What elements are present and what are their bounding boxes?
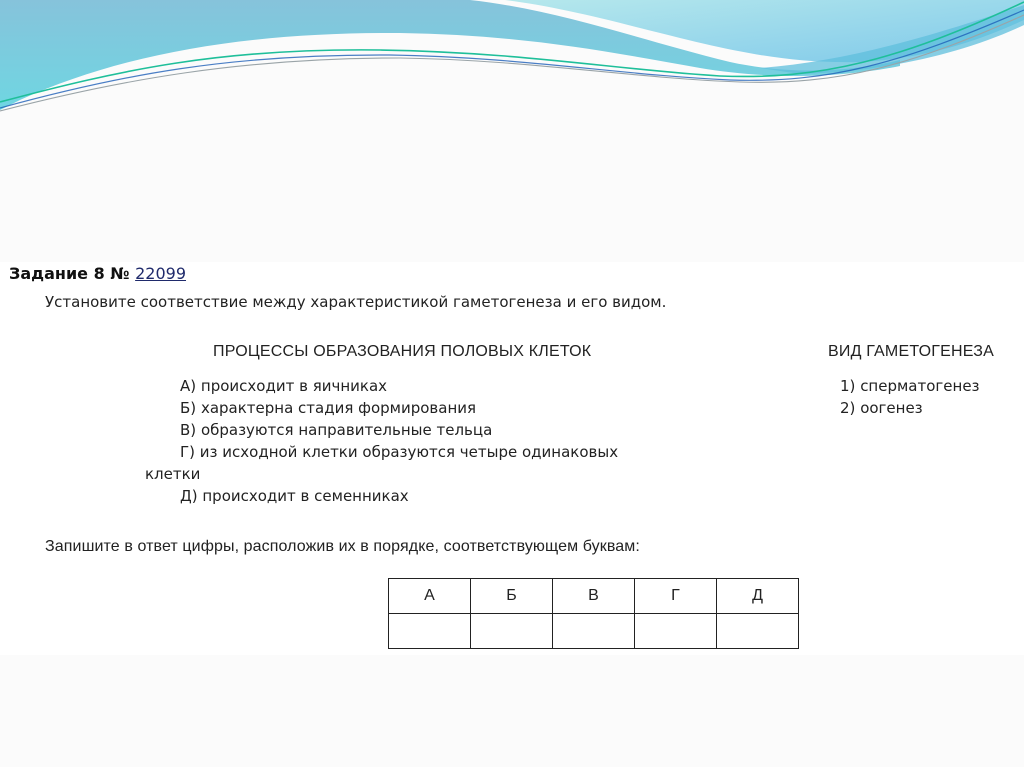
task-number-link[interactable]: 22099	[135, 264, 186, 283]
answer-header-cell: Б	[471, 579, 553, 614]
right-column-header: ВИД ГАМЕТОГЕНЕЗА	[828, 343, 994, 361]
answer-header-cell: Д	[717, 579, 799, 614]
answer-table: А Б В Г Д	[388, 578, 799, 649]
answer-header-row: А Б В Г Д	[389, 579, 799, 614]
answer-cell[interactable]	[471, 614, 553, 649]
task-content: Задание 8 № 22099 Установите соответстви…	[0, 262, 1024, 655]
answer-cell[interactable]	[717, 614, 799, 649]
task-title: Задание 8 № 22099	[9, 264, 186, 283]
list-item: Д) происходит в семенниках	[180, 485, 618, 507]
gametogenesis-types-list: 1) сперматогенез 2) оогенез	[840, 375, 980, 419]
list-item: А) происходит в яичниках	[180, 375, 618, 397]
answer-prompt: Запишите в ответ цифры, расположив их в …	[45, 538, 640, 556]
list-item: В) образуются направительные тельца	[180, 419, 618, 441]
wave-banner	[0, 0, 1024, 120]
list-item: Г) из исходной клетки образуются четыре …	[180, 441, 618, 463]
left-column-header: ПРОЦЕССЫ ОБРАЗОВАНИЯ ПОЛОВЫХ КЛЕТОК	[213, 343, 591, 361]
answer-header-cell: Г	[635, 579, 717, 614]
answer-value-row	[389, 614, 799, 649]
answer-header-cell: А	[389, 579, 471, 614]
answer-cell[interactable]	[635, 614, 717, 649]
list-item: Б) характерна стадия формирования	[180, 397, 618, 419]
list-item: 1) сперматогенез	[840, 375, 980, 397]
answer-cell[interactable]	[389, 614, 471, 649]
answer-cell[interactable]	[553, 614, 635, 649]
list-item-continuation: клетки	[145, 463, 618, 485]
task-label: Задание 8 №	[9, 264, 130, 283]
answer-header-cell: В	[553, 579, 635, 614]
task-instruction: Установите соответствие между характерис…	[45, 293, 666, 311]
list-item: 2) оогенез	[840, 397, 980, 419]
characteristics-list: А) происходит в яичниках Б) характерна с…	[180, 375, 618, 507]
